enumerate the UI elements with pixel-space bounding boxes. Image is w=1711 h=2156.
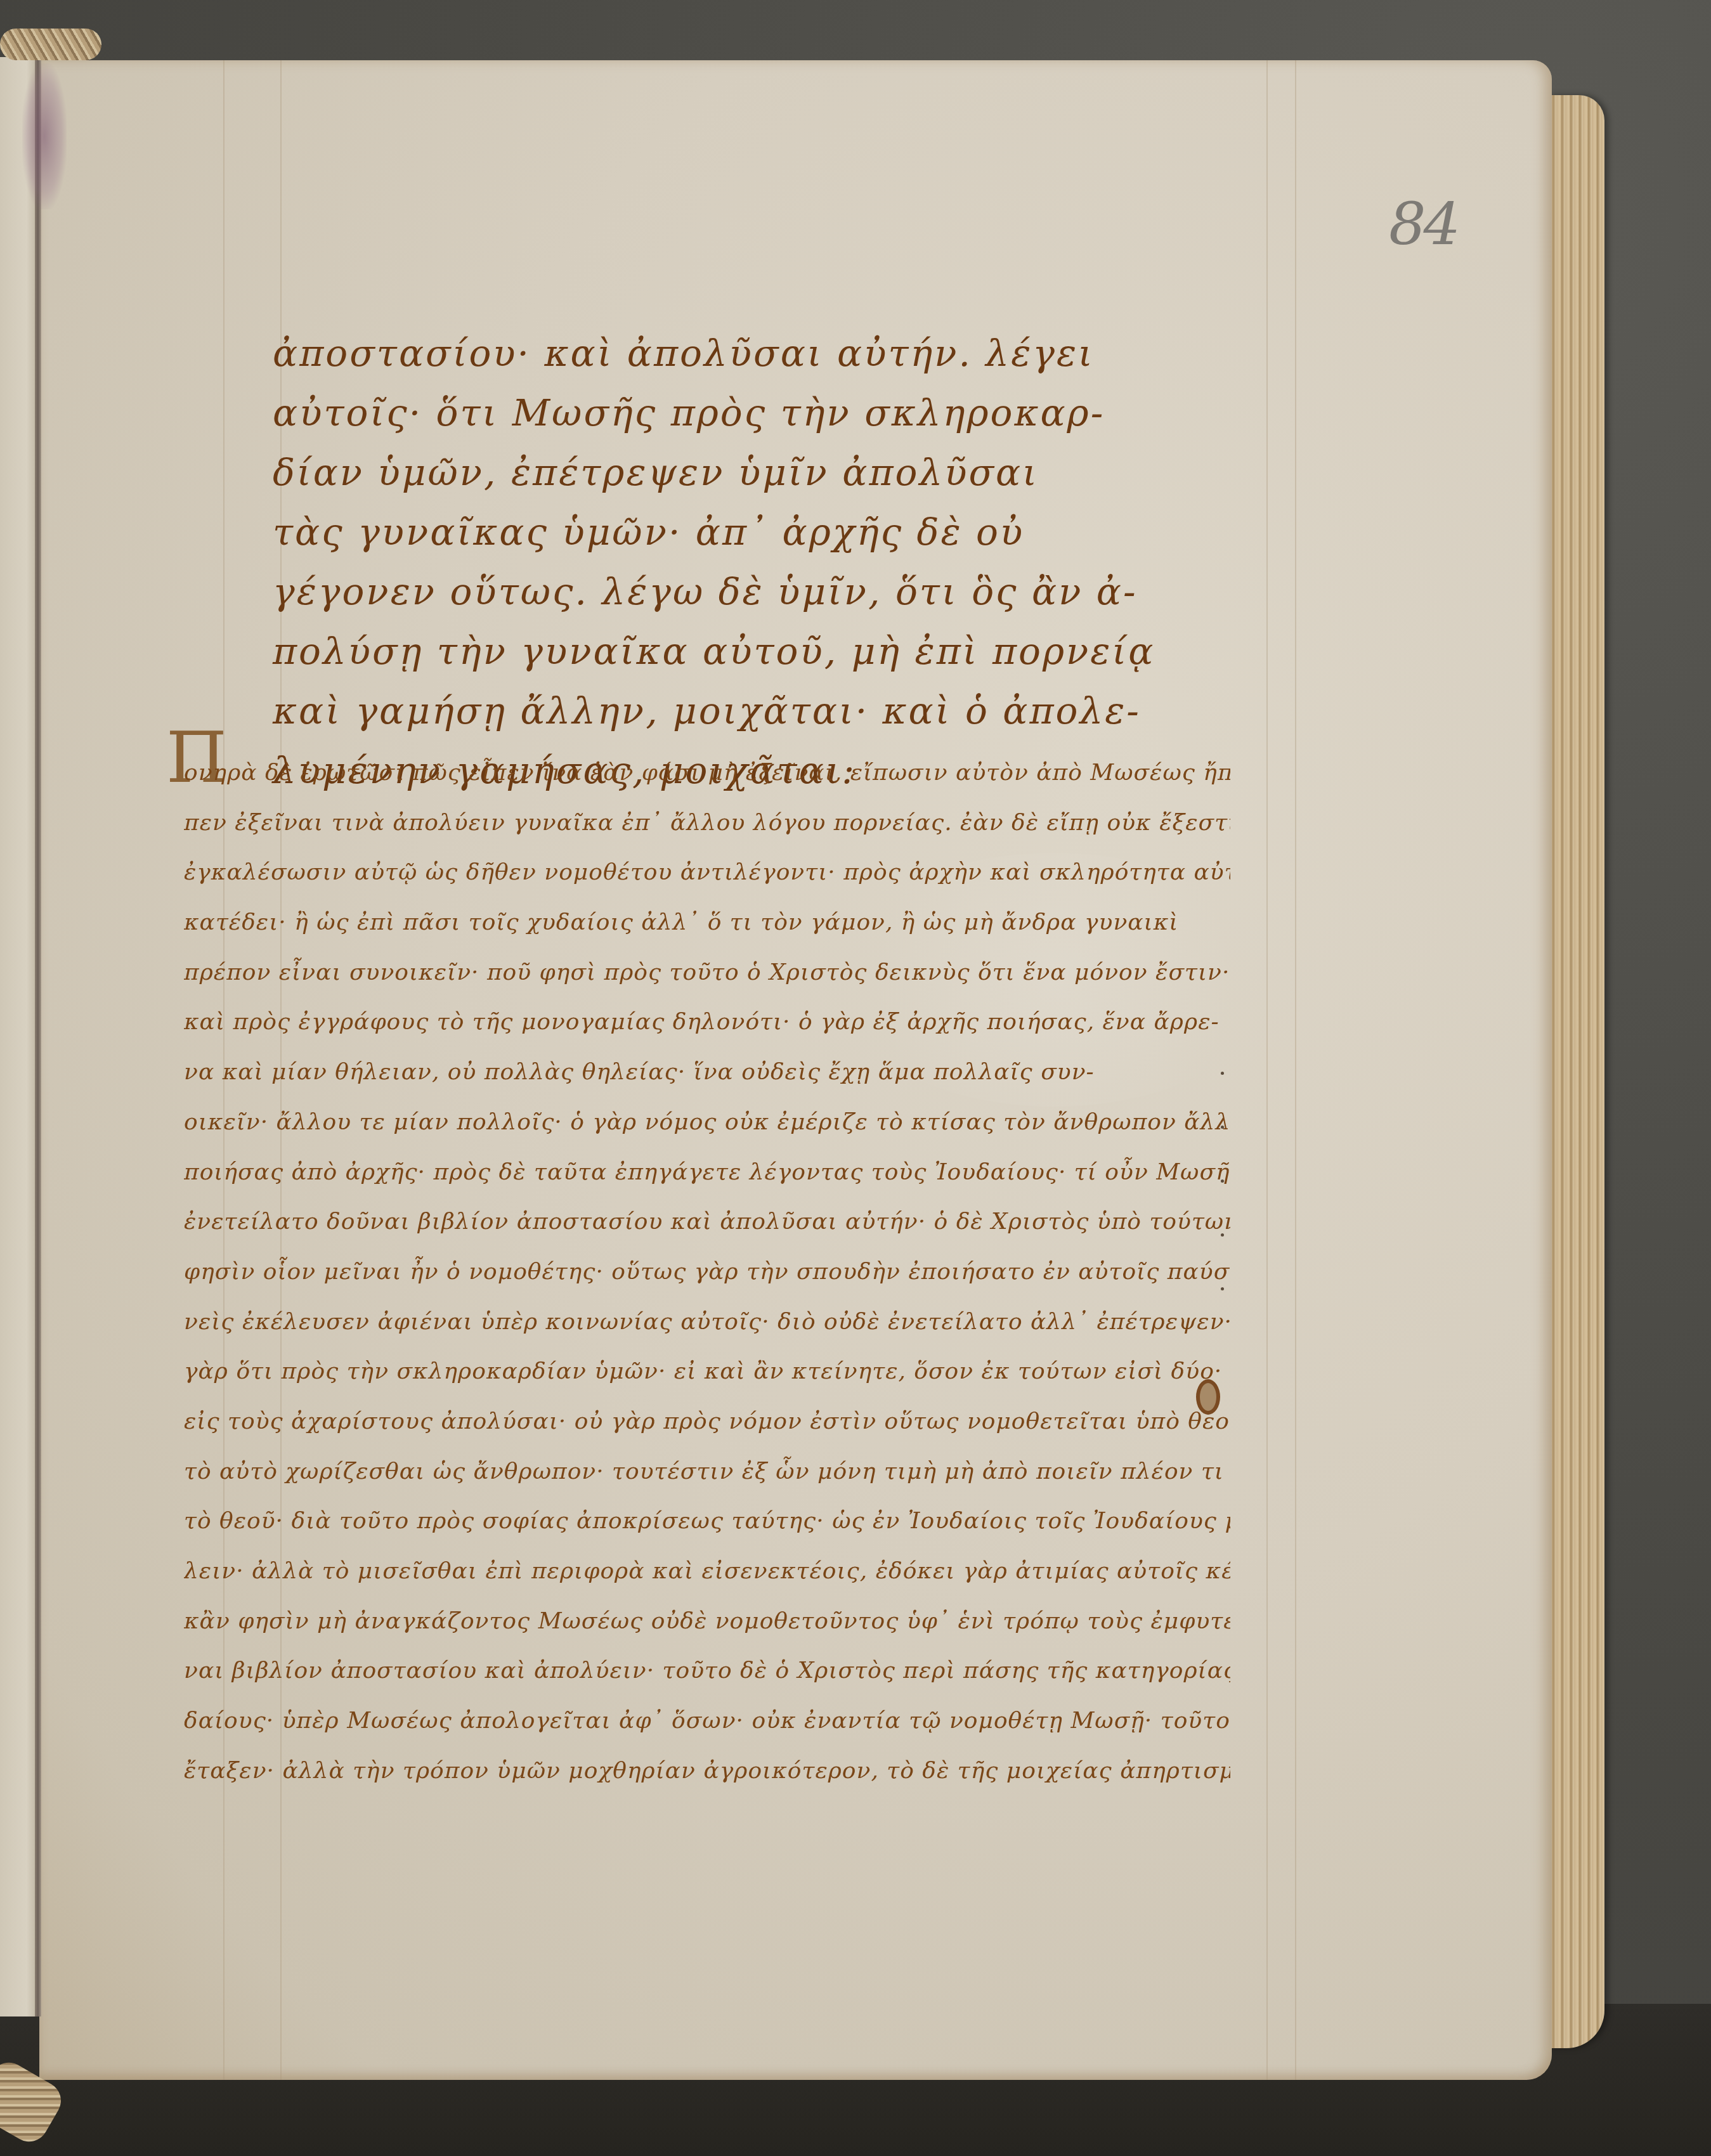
scripture-line: πολύσῃ τὴν γυναῖκα αὐτοῦ, μὴ ἐπὶ πορνείᾳ <box>273 621 1446 681</box>
commentary-line: εἰς τοὺς ἀχαρίστους ἀπολύσαι· οὐ γὰρ πρὸ… <box>184 1397 1230 1447</box>
commentary-line: νεὶς ἐκέλευσεν ἀφιέναι ὑπὲρ κοινωνίας αὐ… <box>184 1297 1230 1347</box>
commentary-line: πεν ἐξεῖναι τινὰ ἀπολύειν γυναῖκα ἐπ᾽ ἄλ… <box>184 798 1230 848</box>
commentary-block: ονηρὰ δὲ ἐρωτῶσι πῶς εἶπεν ἵνα ἐὰν φάσι … <box>184 748 1230 1796</box>
scripture-line: τὰς γυναῖκας ὑμῶν· ἀπ᾽ ἀρχῆς δὲ οὐ <box>273 502 1446 562</box>
prick-mark <box>1221 1126 1224 1129</box>
commentary-line: πρέπον εἶναι συνοικεῖν· ποῦ φησὶ πρὸς το… <box>184 948 1230 998</box>
scripture-line: αὐτοῖς· ὅτι Μωσῆς πρὸς τὴν σκληροκαρ- <box>273 383 1446 443</box>
commentary-line: γὰρ ὅτι πρὸς τὴν σκληροκαρδίαν ὑμῶν· εἰ … <box>184 1347 1230 1397</box>
commentary-line: λειν· ἀλλὰ τὸ μισεῖσθαι ἐπὶ περιφορὰ καὶ… <box>184 1547 1230 1597</box>
purple-stain <box>22 63 67 209</box>
commentary-line: τὸ θεοῦ· διὰ τοῦτο πρὸς σοφίας ἀποκρίσεω… <box>184 1497 1230 1547</box>
commentary-line: ποιήσας ἀπὸ ἀρχῆς· πρὸς δὲ ταῦτα ἐπηγάγε… <box>184 1148 1230 1198</box>
prick-mark <box>1221 1179 1224 1183</box>
prick-mark <box>1221 1233 1224 1237</box>
margin-mark-icon <box>1196 1379 1220 1415</box>
commentary-line: ονηρὰ δὲ ἐρωτῶσι πῶς εἶπεν ἵνα ἐὰν φάσι … <box>184 748 1230 798</box>
binding-thread-top <box>0 29 101 60</box>
scripture-block: ἀποστασίου· καὶ ἀπολῦσαι αὐτήν. λέγει αὐ… <box>273 323 1446 800</box>
commentary-line: ἐνετείλατο δοῦναι βιβλίον ἀποστασίου καὶ… <box>184 1197 1230 1247</box>
commentary-line: ἐγκαλέσωσιν αὐτῷ ὡς δῆθεν νομοθέτου ἀντι… <box>184 848 1230 898</box>
commentary-line: να καὶ μίαν θήλειαν, οὐ πολλὰς θηλείας· … <box>184 1048 1230 1098</box>
commentary-line: φησὶν οἷον μεῖναι ἦν ὁ νομοθέτης· οὕτως … <box>184 1247 1230 1297</box>
commentary-line: ἔταξεν· ἀλλὰ τὴν τρόπον ὑμῶν μοχθηρίαν ἀ… <box>184 1746 1230 1796</box>
commentary-line: κἂν φησὶν μὴ ἀναγκάζοντος Μωσέως οὐδὲ νο… <box>184 1597 1230 1647</box>
gutter-fold <box>35 57 41 2016</box>
scripture-line: ἀποστασίου· καὶ ἀπολῦσαι αὐτήν. λέγει <box>273 323 1446 383</box>
prick-mark <box>1221 1287 1224 1290</box>
commentary-line: καὶ πρὸς ἐγγράφους τὸ τῆς μονογαμίας δηλ… <box>184 997 1230 1048</box>
page-edges <box>1547 95 1604 2048</box>
margin-prick-marks <box>1221 1072 1224 1341</box>
commentary-line: δαίους· ὑπὲρ Μωσέως ἀπολογεῖται ἀφ᾽ ὅσων… <box>184 1696 1230 1746</box>
commentary-line: τὸ αὐτὸ χωρίζεσθαι ὡς ἄνθρωπον· τουτέστι… <box>184 1447 1230 1497</box>
commentary-line: κατέδει· ἢ ὡς ἐπὶ πᾶσι τοῖς χυδαίοις ἀλλ… <box>184 898 1230 948</box>
scripture-line: γέγονεν οὕτως. λέγω δὲ ὑμῖν, ὅτι ὃς ἂν ἀ… <box>273 562 1446 621</box>
scripture-line: δίαν ὑμῶν, ἐπέτρεψεν ὑμῖν ἀπολῦσαι <box>273 443 1446 502</box>
commentary-line: οικεῖν· ἄλλου τε μίαν πολλοῖς· ὁ γὰρ νόμ… <box>184 1098 1230 1148</box>
commentary-line: ναι βιβλίον ἀποστασίου καὶ ἀπολύειν· τοῦ… <box>184 1646 1230 1696</box>
prick-mark <box>1221 1072 1224 1075</box>
facing-page-edge <box>0 57 38 2016</box>
folio-number: 84 <box>1389 190 1458 258</box>
scripture-line: καὶ γαμήσῃ ἄλλην, μοιχᾶται· καὶ ὁ ἀπολε- <box>273 681 1446 741</box>
